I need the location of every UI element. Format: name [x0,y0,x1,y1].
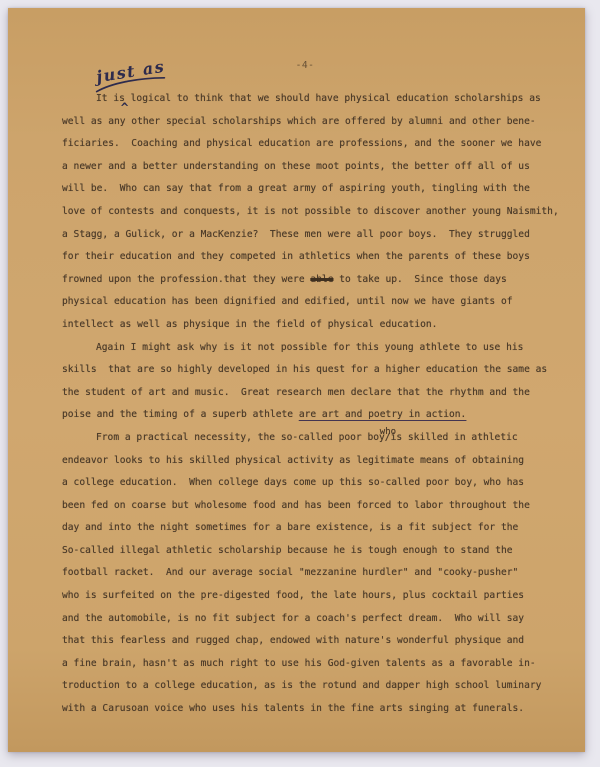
typed-line: troduction to a college education, as is… [62,675,548,698]
typed-line: a college education. When college days c… [62,472,548,495]
typed-line: skills that are so highly developed in h… [62,359,548,382]
typed-segment: a fine brain, hasn't as much right to us… [62,658,536,669]
typed-segment: a college education. When college days c… [62,477,524,488]
typed-line: love of contests and conquests, it is no… [62,201,548,224]
typed-line: football racket. And our average social … [62,562,548,585]
typed-segment: been fed on coarse but wholesome food an… [62,500,530,511]
typed-segment: that this fearless and rugged chap, endo… [62,635,524,646]
typed-segment: football racket. And our average social … [62,567,518,578]
typed-segment: love of contests and conquests, it is no… [62,206,559,217]
typed-segment: day and into the night sometimes for a b… [62,522,518,533]
typed-line: From a practical necessity, the so-calle… [62,427,548,450]
typed-line: intellect as well as physique in the fie… [62,314,548,337]
typed-segment: intellect as well as physique in the fie… [62,319,437,330]
typed-insertion-above-line: who [380,421,396,444]
typed-segment: for their education and they competed in… [62,251,530,262]
typed-line: will be. Who can say that from a great a… [62,178,548,201]
typed-segment: the student of art and music. Great rese… [62,387,530,398]
typed-line: It is logical to think that we should ha… [62,88,548,111]
paper-page: -4- just as ^ It is logical to think tha… [8,8,585,752]
typed-segment: From a practical necessity, the so-calle… [96,432,385,443]
typed-line: a newer and a better understanding on th… [62,156,548,179]
typed-segment: a Stagg, a Gulick, or a MacKenzie? These… [62,229,530,240]
typed-segment: frowned upon the profession.that they we… [62,274,310,285]
typed-line: that this fearless and rugged chap, endo… [62,630,548,653]
typed-segment: It is logical to think that we should ha… [96,93,541,104]
typed-segment: who is surfeited on the pre-digested foo… [62,590,524,601]
typed-line: frowned upon the profession.that they we… [62,269,548,292]
typed-segment: So-called illegal athletic scholarship b… [62,545,513,556]
typed-line: and the automobile, is no fit subject fo… [62,608,548,631]
typed-line: well as any other special scholarships w… [62,111,548,134]
typed-line: a Stagg, a Gulick, or a MacKenzie? These… [62,224,548,247]
typed-line: day and into the night sometimes for a b… [62,517,548,540]
typed-segment: skills that are so highly developed in h… [62,364,547,375]
typed-segment: endeavor looks to his skilled physical a… [62,455,524,466]
typed-line: endeavor looks to his skilled physical a… [62,450,548,473]
typed-line: ficiaries. Coaching and physical educati… [62,133,548,156]
typed-line: poise and the timing of a superb athlete… [62,404,548,427]
typed-segment: ficiaries. Coaching and physical educati… [62,138,541,149]
typed-line: Again I might ask why is it not possible… [62,337,548,360]
document-body-text: It is logical to think that we should ha… [62,88,548,721]
typed-line: a fine brain, hasn't as much right to us… [62,653,548,676]
typed-segment: a newer and a better understanding on th… [62,161,530,172]
typed-segment: physical education has been dignified an… [62,296,513,307]
typed-segment: with a Carusoan voice who uses his talen… [62,703,524,714]
typed-segment: to take up. Since those days [333,274,506,285]
typed-segment: Again I might ask why is it not possible… [96,342,523,353]
typed-line: So-called illegal athletic scholarship b… [62,540,548,563]
typed-segment: poise and the timing of a superb athlete [62,409,299,420]
struck-word: able [310,274,333,285]
typed-segment: and the automobile, is no fit subject fo… [62,613,524,624]
typed-line: with a Carusoan voice who uses his talen… [62,698,548,721]
typed-segment: will be. Who can say that from a great a… [62,183,530,194]
typed-segment: troduction to a college education, as is… [62,680,541,691]
typed-line: been fed on coarse but wholesome food an… [62,495,548,518]
typed-line: physical education has been dignified an… [62,291,548,314]
typed-line: the student of art and music. Great rese… [62,382,548,405]
typed-segment: well as any other special scholarships w… [62,116,536,127]
typed-line: who is surfeited on the pre-digested foo… [62,585,548,608]
typed-segment: /is skilled in athleticwho [385,432,518,443]
underlined-phrase: are art and poetry in action. [299,409,467,420]
typed-line: for their education and they competed in… [62,246,548,269]
